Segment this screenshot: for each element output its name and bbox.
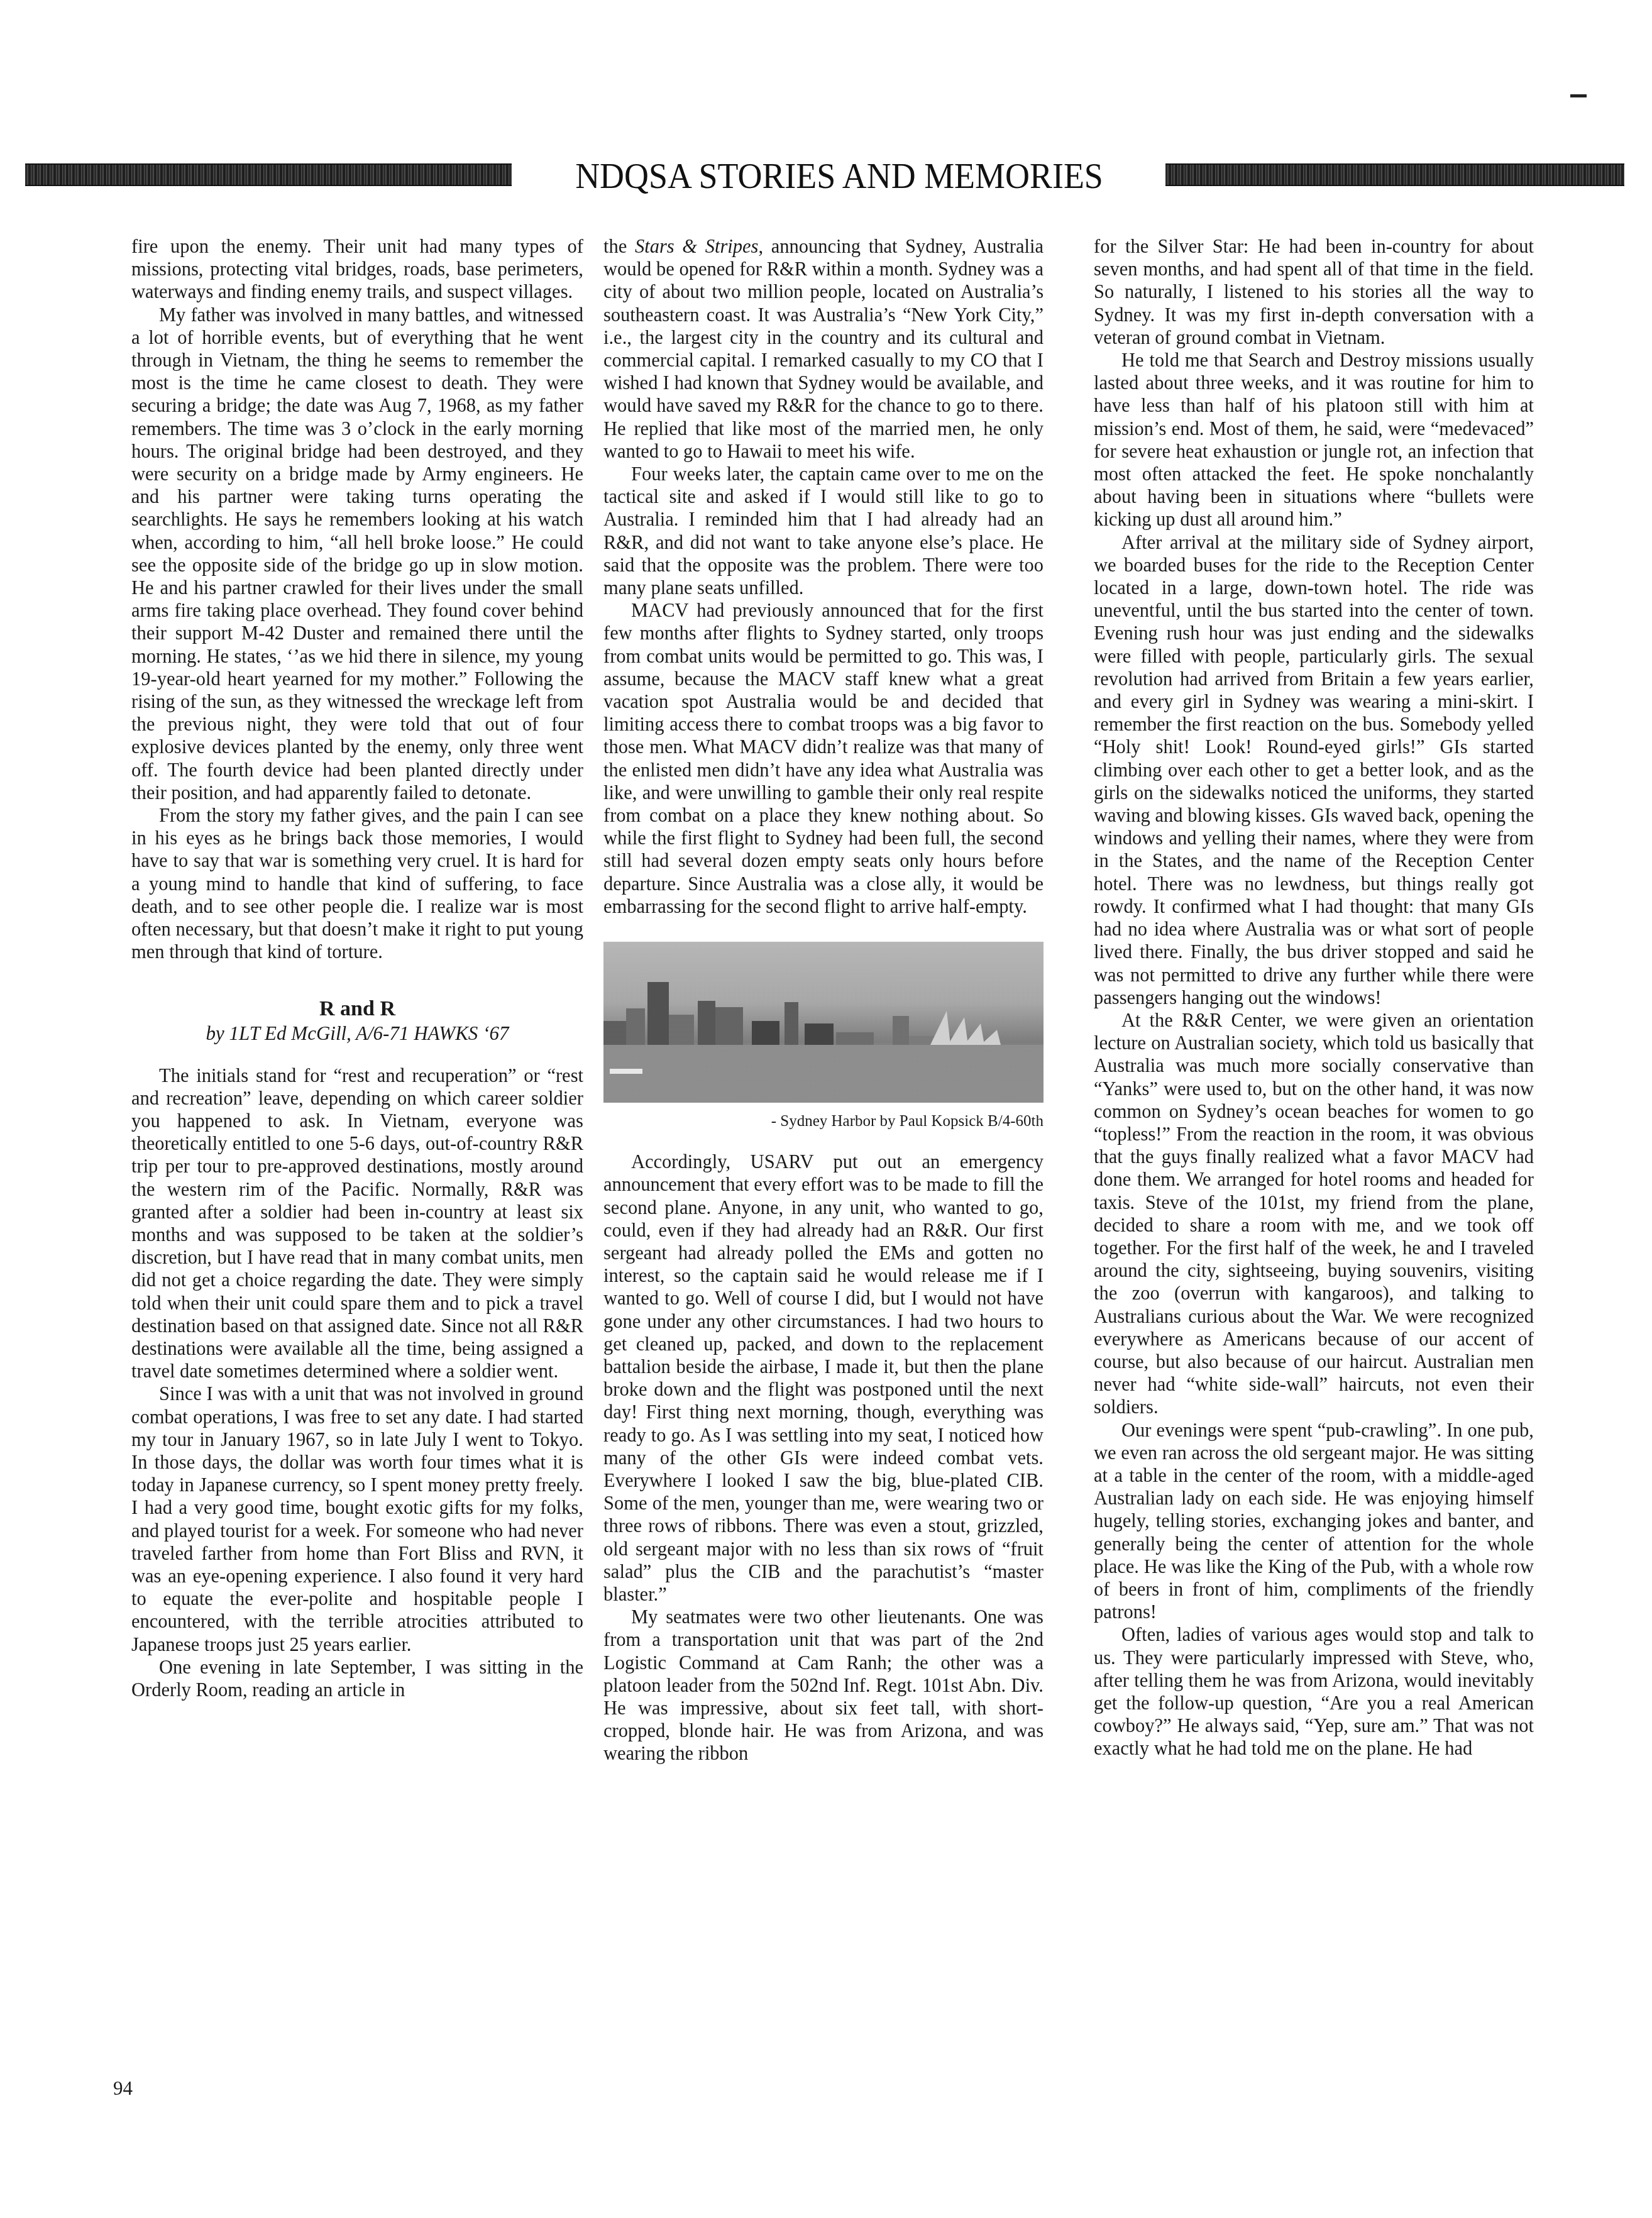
- page-corner-mark: [1570, 94, 1587, 97]
- paragraph: Four weeks later, the captain came over …: [603, 463, 1044, 599]
- paragraph: Since I was with a unit that was not inv…: [131, 1382, 583, 1655]
- paragraph: The initials stand for “rest and recuper…: [131, 1064, 583, 1383]
- page-number: 94: [113, 2077, 133, 2100]
- paragraph: My father was involved in many battles, …: [131, 304, 583, 804]
- paragraph-lead: the: [603, 236, 635, 257]
- sydney-harbor-photo: [603, 942, 1044, 1103]
- photo-caption: - Sydney Harbor by Paul Kopsick B/4-60th: [603, 1112, 1044, 1132]
- publication-title: Stars & Stripes: [635, 236, 759, 257]
- paragraph: After arrival at the military side of Sy…: [1094, 531, 1534, 1009]
- paragraph: MACV had previously announced that for t…: [603, 599, 1044, 918]
- paragraph: At the R&R Center, we were given an orie…: [1094, 1009, 1534, 1419]
- article-title: R and R: [131, 996, 583, 1022]
- column-1: fire upon the enemy. Their unit had many…: [131, 235, 583, 1701]
- section-title: NDQSA STORIES AND MEMORIES: [544, 155, 1134, 197]
- paragraph-rest: , announcing that Sydney, Australia woul…: [603, 236, 1044, 462]
- paragraph: the Stars & Stripes, announcing that Syd…: [603, 235, 1044, 463]
- paragraph: My seatmates were two other lieutenants.…: [603, 1606, 1044, 1765]
- paragraph: From the story my father gives, and the …: [131, 804, 583, 963]
- paragraph: One evening in late September, I was sit…: [131, 1656, 583, 1701]
- paragraph: He told me that Search and Destroy missi…: [1094, 349, 1534, 531]
- article-byline: by 1LT Ed McGill, A/6-71 HAWKS ‘67: [131, 1022, 583, 1046]
- column-2: the Stars & Stripes, announcing that Syd…: [603, 235, 1044, 1765]
- paragraph: Often, ladies of various ages would stop…: [1094, 1623, 1534, 1760]
- header-decorative-bar-left: [25, 163, 512, 186]
- column-3: for the Silver Star: He had been in-coun…: [1094, 235, 1534, 1760]
- paragraph: Accordingly, USARV put out an emergency …: [603, 1150, 1044, 1606]
- section-header: NDQSA STORIES AND MEMORIES: [25, 158, 1624, 186]
- paragraph: Our evenings were spent “pub-crawling”. …: [1094, 1419, 1534, 1624]
- header-decorative-bar-right: [1165, 163, 1624, 186]
- paragraph: fire upon the enemy. Their unit had many…: [131, 235, 583, 304]
- paragraph: for the Silver Star: He had been in-coun…: [1094, 235, 1534, 349]
